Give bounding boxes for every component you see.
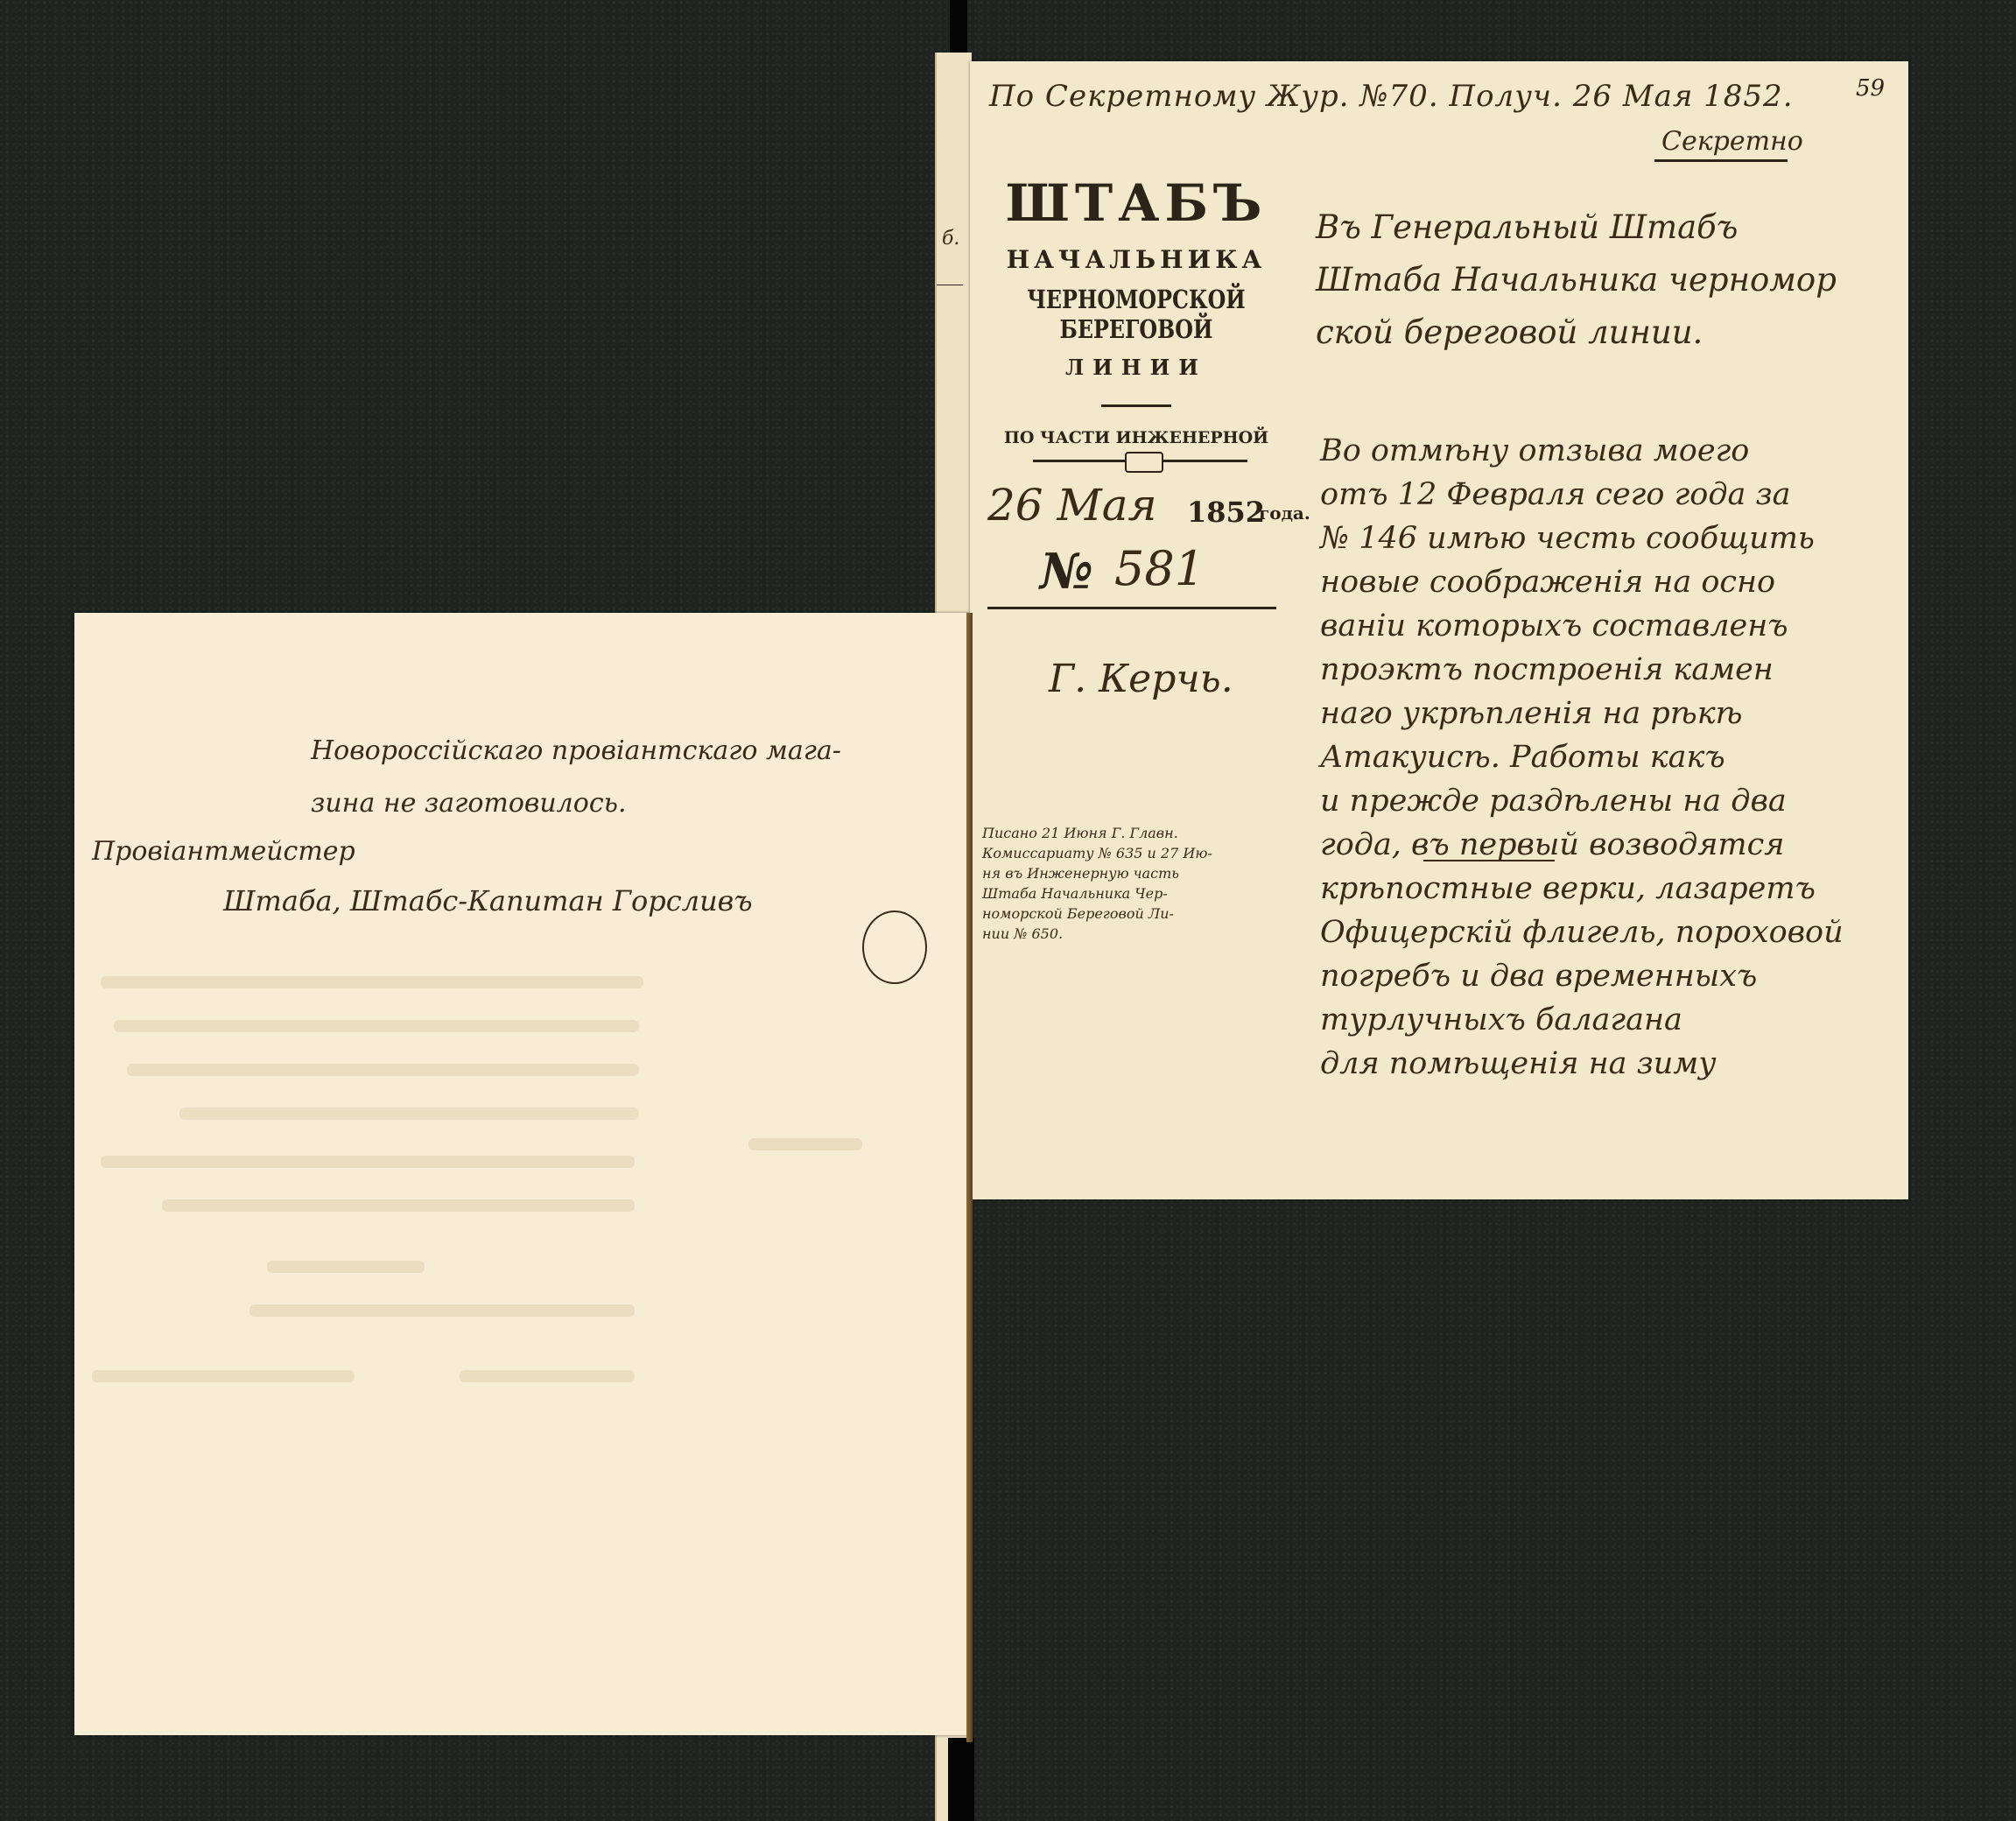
bleed-through-line: [92, 1370, 355, 1382]
body-line: отъ 12 Февраля сего года за: [1320, 473, 1880, 517]
letterhead-department: ПО ЧАСТИ ИНЖЕНЕРНОЙ: [970, 428, 1303, 447]
signature-flourish-icon: [862, 910, 927, 984]
addressee-line: ской береговой линии.: [1316, 306, 1837, 359]
top-annotation: По Секретному Жур. №70. Получ. 26 Мая 18…: [989, 79, 1794, 114]
ornament-icon: [1125, 452, 1163, 473]
body-line-underlined: года, въ первый возводятся: [1320, 823, 1880, 867]
bleed-through-line: [101, 1156, 635, 1168]
signature-line: Штаба, Штабс-Капитан Горсливъ: [223, 884, 753, 918]
bleed-through-line: [127, 1064, 639, 1076]
letterhead-line3: ЧЕРНОМОРСКОЙ БЕРЕГОВОЙ: [1000, 285, 1273, 344]
letter-body: Во отмѣну отзыва моего отъ 12 Февраля се…: [1320, 429, 1880, 1086]
folio-number: 59: [1856, 75, 1885, 102]
margin-note-line: Писано 21 Июня Г. Главн.: [982, 823, 1306, 843]
bleed-through-line: [114, 1020, 639, 1032]
strip-rule: [937, 285, 963, 285]
letterhead-line2: НАЧАЛЬНИКА: [970, 245, 1303, 274]
right-page: По Секретному Жур. №70. Получ. 26 Мая 18…: [970, 61, 1908, 1199]
letterhead: ШТАБЪ НАЧАЛЬНИКА ЧЕРНОМОРСКОЙ БЕРЕГОВОЙ …: [970, 166, 1303, 447]
margin-note-line: ня въ Инженерную часть: [982, 863, 1306, 883]
document-number: 581: [1114, 541, 1205, 596]
number-rule: [987, 607, 1276, 609]
date-day-month: 26 Мая: [987, 480, 1157, 531]
underline-mark: [1423, 860, 1555, 861]
addressee-line: Штаба Начальника черномор: [1316, 254, 1837, 306]
body-line: и прежде раздѣлены на два: [1320, 779, 1880, 823]
number-symbol: №: [1040, 543, 1093, 601]
strip-mark: б.: [942, 228, 959, 250]
body-line: проэктъ построенія камен: [1320, 648, 1880, 692]
secret-mark: Секретно: [1661, 126, 1803, 157]
left-text-line: зина не заготовилось.: [311, 788, 627, 819]
addressee-line: Въ Генеральный Штабъ: [1316, 201, 1837, 254]
margin-note: Писано 21 Июня Г. Главн. Комиссариату № …: [982, 823, 1306, 944]
binding-gap-top: [950, 0, 967, 54]
bleed-through-line: [101, 976, 643, 988]
body-line: наго укрѣпленія на рѣкѣ: [1320, 692, 1880, 735]
date-year: 1852: [1187, 496, 1265, 529]
bleed-through-line: [162, 1199, 635, 1212]
margin-note-line: Комиссариату № 635 и 27 Ию-: [982, 843, 1306, 863]
body-line: для помѣщенія на зиму: [1320, 1042, 1880, 1086]
letterhead-rule: [1101, 404, 1171, 407]
body-line: № 146 имѣю честь сообщить: [1320, 517, 1880, 560]
margin-note-line: Штаба Начальника Чер-: [982, 883, 1306, 903]
left-page-spine-edge: [966, 613, 973, 1742]
body-line: Офицерскій флигель, пороховой: [1320, 910, 1880, 954]
letterhead-title: ШТАБЪ: [970, 173, 1303, 233]
body-line: турлучныхъ балагана: [1320, 998, 1880, 1042]
signature-title: Провіантмейстер: [92, 836, 355, 867]
body-line: Атакуисѣ. Работы какъ: [1320, 735, 1880, 779]
bleed-through-line: [179, 1107, 639, 1120]
left-text-line: Новороссійскаго провіантскаго мага-: [311, 735, 841, 766]
letterhead-line4: ЛИНИИ: [970, 355, 1303, 380]
body-line: Во отмѣну отзыва моего: [1320, 429, 1880, 473]
addressee: Въ Генеральный Штабъ Штаба Начальника че…: [1316, 201, 1837, 359]
body-line: погребъ и два временныхъ: [1320, 954, 1880, 998]
margin-note-line: нии № 650.: [982, 924, 1306, 944]
secret-underline: [1654, 159, 1788, 162]
bleed-through-line: [267, 1261, 425, 1273]
bleed-through-line: [748, 1138, 862, 1150]
body-line: крѣпостные верки, лазаретъ: [1320, 867, 1880, 910]
body-line: новые соображенія на осно: [1320, 560, 1880, 604]
body-line: года, въ первый возводятся: [1320, 827, 1784, 862]
margin-note-line: номорской Береговой Ли-: [982, 903, 1306, 924]
bleed-through-line: [249, 1304, 635, 1317]
binding-gap-bottom: [948, 1738, 974, 1821]
bleed-through-line: [460, 1370, 635, 1382]
body-line: ваніи которыхъ составленъ: [1320, 604, 1880, 648]
date-year-suffix: года.: [1259, 503, 1310, 524]
place: Г. Керчь.: [1049, 657, 1233, 701]
left-page: Новороссійскаго провіантскаго мага- зина…: [74, 613, 969, 1735]
